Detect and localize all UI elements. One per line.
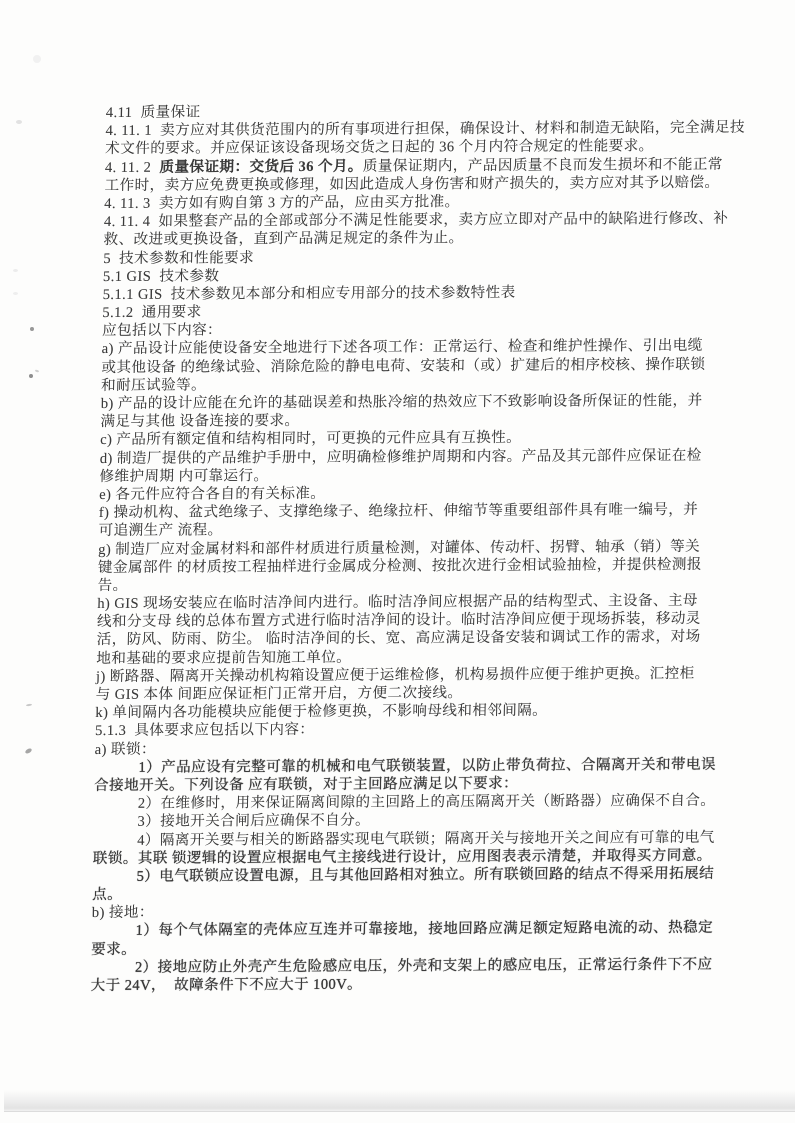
text-segment: d) 制造厂提供的产品维护手册中，应明确检修维护周期和内容。产品及其元部件应保证… xyxy=(100,447,702,466)
scan-speck xyxy=(16,120,22,124)
text-line: 或其他设备 的绝缘试验、消除危险的静电电荷、安装和（或）扩建后的相序校核、操作联… xyxy=(101,355,766,377)
text-line: 5）电气联锁应设置电源，且与其他回路相对独立。所有联锁回路的结点不得采用拓展结 xyxy=(92,864,757,886)
text-line: 4. 11. 4 如果整套产品的全部或部分不满足性能要求，卖方应立即对产品中的缺… xyxy=(104,210,769,232)
text-segment: 和耐压试验等。 xyxy=(101,377,206,394)
text-segment: 告。 xyxy=(97,578,127,594)
text-segment: 4. 11. 4 如果整套产品的全部或部分不满足性能要求，卖方应立即对产品中的缺… xyxy=(104,211,729,230)
text-segment: 4. 11. 2 xyxy=(105,159,160,175)
text-line: 1）每个气体隔室的壳体应互连并可靠接地，接地回路应满足额定短路电流的动、热稳定 xyxy=(91,919,756,941)
text-segment: 工作时，卖方应免费更换或修理，如因此造成人身伤害和财产损失的，卖方应对其予以赔偿… xyxy=(104,175,719,194)
text-line: j) 断路器、隔离开关操动机构箱设置应便于运维检修，机构易损件应便于维护更换。汇… xyxy=(96,664,761,686)
text-segment: 1）产品应设有完整可靠的机械和电气联锁装置，以防止带负荷拉、合隔离开关和带电误 xyxy=(138,756,716,775)
text-segment: 4. 11. 1 卖方应对其供货范围内的所有事项进行担保，确保设计、材料和制造无… xyxy=(105,120,745,139)
text-line: 1）产品应设有完整可靠的机械和电气联锁装置，以防止带负荷拉、合隔离开关和带电误 xyxy=(94,755,759,777)
text-segment: 地和基础的要求应提前告知施工单位。 xyxy=(96,649,351,666)
text-segment: 5.1.3 具体要求应包括以下内容： xyxy=(95,722,315,739)
text-line: d) 制造厂提供的产品维护手册中，应明确检修维护周期和内容。产品及其元部件应保证… xyxy=(100,446,765,468)
text-segment: b) 接地： xyxy=(92,905,154,921)
text-segment: 5.1.2 通用要求 xyxy=(102,305,202,322)
text-segment: 活，防风、防雨、防尘。 临时洁净间的长、宽、高应满足设备安装和调试工作的需求，对… xyxy=(96,629,700,648)
scan-speck xyxy=(26,704,32,707)
text-segment: k) 单间隔内各功能模块应能便于检修更换，不影响母线和相邻间隔。 xyxy=(95,703,547,721)
text-segment: 与 GIS 本体 间距应保证柜门正常开启，方便二次接线。 xyxy=(96,685,463,703)
text-line: f) 操动机构、盆式绝缘子、支撑绝缘子、绝缘拉杆、伸缩节等重要组部件具有唯一编号… xyxy=(99,501,764,523)
text-line: 工作时，卖方应免费更换或修理，如因此造成人身伤害和财产损失的，卖方应对其予以赔偿… xyxy=(104,173,769,195)
text-segment: 线和分支母 线的总体布置方式进行临时洁净间的设计。临时洁净间应便于现场拆装，移动… xyxy=(97,611,701,630)
text-segment: 2）接地应防止外壳产生危险感应电压，外壳和支架上的感应电压，正常运行条件下不应 xyxy=(135,957,713,976)
text-segment: h) GIS 现场安装应在临时洁净间内进行。临时洁净间应根据产品的结构型式、主设… xyxy=(97,593,698,612)
scan-speck xyxy=(24,748,32,755)
text-segment: 术文件的要求。并应保证该设备现场交货之日起的 36 个月内符合规定的性能要求。 xyxy=(105,139,654,158)
scan-speck xyxy=(30,327,34,331)
text-segment: 可追溯生产 流程。 xyxy=(98,523,222,540)
scan-speck xyxy=(33,55,41,63)
text-segment: 2）在维修时，用来保证隔离间隙的主回路上的高压隔离开关（断路器）应确保不自合。 xyxy=(138,793,716,812)
text-segment: a) 产品设计应能使设备安全地进行下述各项工作：正常运行、检查和维护性操作、引出… xyxy=(102,338,703,357)
scanned-page: 4.11 质量保证4. 11. 1 卖方应对其供货范围内的所有事项进行担保，确保… xyxy=(0,0,795,1123)
scan-speck xyxy=(13,269,18,272)
text-line: 大于 24V， 故障条件下不应大于 100V。 xyxy=(90,974,755,996)
document-text-block: 4.11 质量保证4. 11. 1 卖方应对其供货范围内的所有事项进行担保，确保… xyxy=(90,101,771,996)
scan-edge-shadow xyxy=(4,1090,795,1112)
text-segment: 联锁。其联 锁逻辑的设置应根据电气主接线进行设计，应用图表表示清楚，并取得买方同… xyxy=(93,847,712,866)
text-segment: 要求。 xyxy=(91,941,136,957)
text-segment: a) 联锁： xyxy=(95,741,156,757)
text-segment: 合接地开关。下列设备 应有联锁，对于主回路应满足以下要求： xyxy=(94,776,518,794)
text-segment: 5 技术参数和性能要求 xyxy=(103,250,254,267)
text-line: 键金属部件 的材质按工程抽样进行金属成分检测、按批次进行金相试验抽检，并提供检测… xyxy=(98,555,763,577)
text-segment: 3）接地开关合闸后应确保不自分。 xyxy=(137,813,370,830)
text-segment: 救、改进或更换设备，直到产品满足规定的条件为止。 xyxy=(103,230,463,248)
text-line: 2）接地应防止外壳产生危险感应电压，外壳和支架上的感应电压，正常运行条件下不应 xyxy=(91,955,756,977)
text-line: 活，防风、防雨、防尘。 临时洁净间的长、宽、高应满足设备安装和调试工作的需求，对… xyxy=(96,628,761,650)
text-segment: 5.1.1 GIS 技术参数见本部分和相应专用部分的技术参数特性表 xyxy=(103,285,516,303)
text-segment: 修维护周期 内可靠运行。 xyxy=(99,468,268,485)
text-segment: 满足与其他 设备连接的要求。 xyxy=(100,413,299,430)
text-segment: g) 制造厂应对金属材料和部件材质进行质量检测，对罐体、传动杆、拐臂、轴承（销）… xyxy=(98,538,700,557)
bold-text-segment: 质量保证期：交货后 36 个月。 xyxy=(159,158,363,175)
scan-speck xyxy=(35,369,39,372)
text-segment: 4. 11. 3 卖方如有购自第 3 方的产品，应由买方批准。 xyxy=(104,194,460,212)
text-segment: 4.11 质量保证 xyxy=(106,105,201,121)
text-segment: 或其他设备 的绝缘试验、消除危险的静电电荷、安装和（或）扩建后的相序校核、操作联… xyxy=(101,356,705,375)
text-segment: 1）每个气体隔室的壳体应互连并可靠接地，接地回路应满足额定短路电流的动、热稳定 xyxy=(135,920,713,939)
text-segment: c) 产品所有额定值和结构相同时，可更换的元件应具有互换性。 xyxy=(100,430,521,448)
text-segment: 大于 24V， 故障条件下不应大于 100V。 xyxy=(90,977,362,994)
text-segment: j) 断路器、隔离开关操动机构箱设置应便于运维检修，机构易损件应便于维护更换。汇… xyxy=(96,666,695,685)
text-segment: 5.1 GIS 技术参数 xyxy=(103,268,220,285)
text-segment: 5）电气联锁应设置电源，且与其他回路相对独立。所有联锁回路的结点不得采用拓展结 xyxy=(136,866,714,885)
text-segment: b) 产品的设计应能在允许的基础误差和热胀冷缩的热效应下不致影响设备所保证的性能… xyxy=(101,393,703,412)
text-segment: 4）隔离开关要与相关的断路器实现电气联锁；隔离开关与接地开关之间应有可靠的电气 xyxy=(137,829,715,848)
text-segment: 应包括以下内容： xyxy=(102,323,222,340)
text-line: b) 产品的设计应能在允许的基础误差和热胀冷缩的热效应下不致影响设备所保证的性能… xyxy=(101,392,766,414)
text-segment: e) 各元件应符合各自的有关标准。 xyxy=(99,486,325,503)
text-segment: 键金属部件 的材质按工程抽样进行金属成分检测、按批次进行金相试验抽检，并提供检测… xyxy=(98,557,702,576)
scan-speck xyxy=(29,374,33,378)
scan-speck xyxy=(13,292,18,295)
text-segment: 质量保证期内，产品因质量不良而发生损坏和不能正常 xyxy=(363,156,723,174)
text-segment: 点。 xyxy=(92,887,122,903)
text-segment: f) 操动机构、盆式绝缘子、支撑绝缘子、绝缘拉杆、伸缩节等重要组部件具有唯一编号… xyxy=(99,502,699,521)
